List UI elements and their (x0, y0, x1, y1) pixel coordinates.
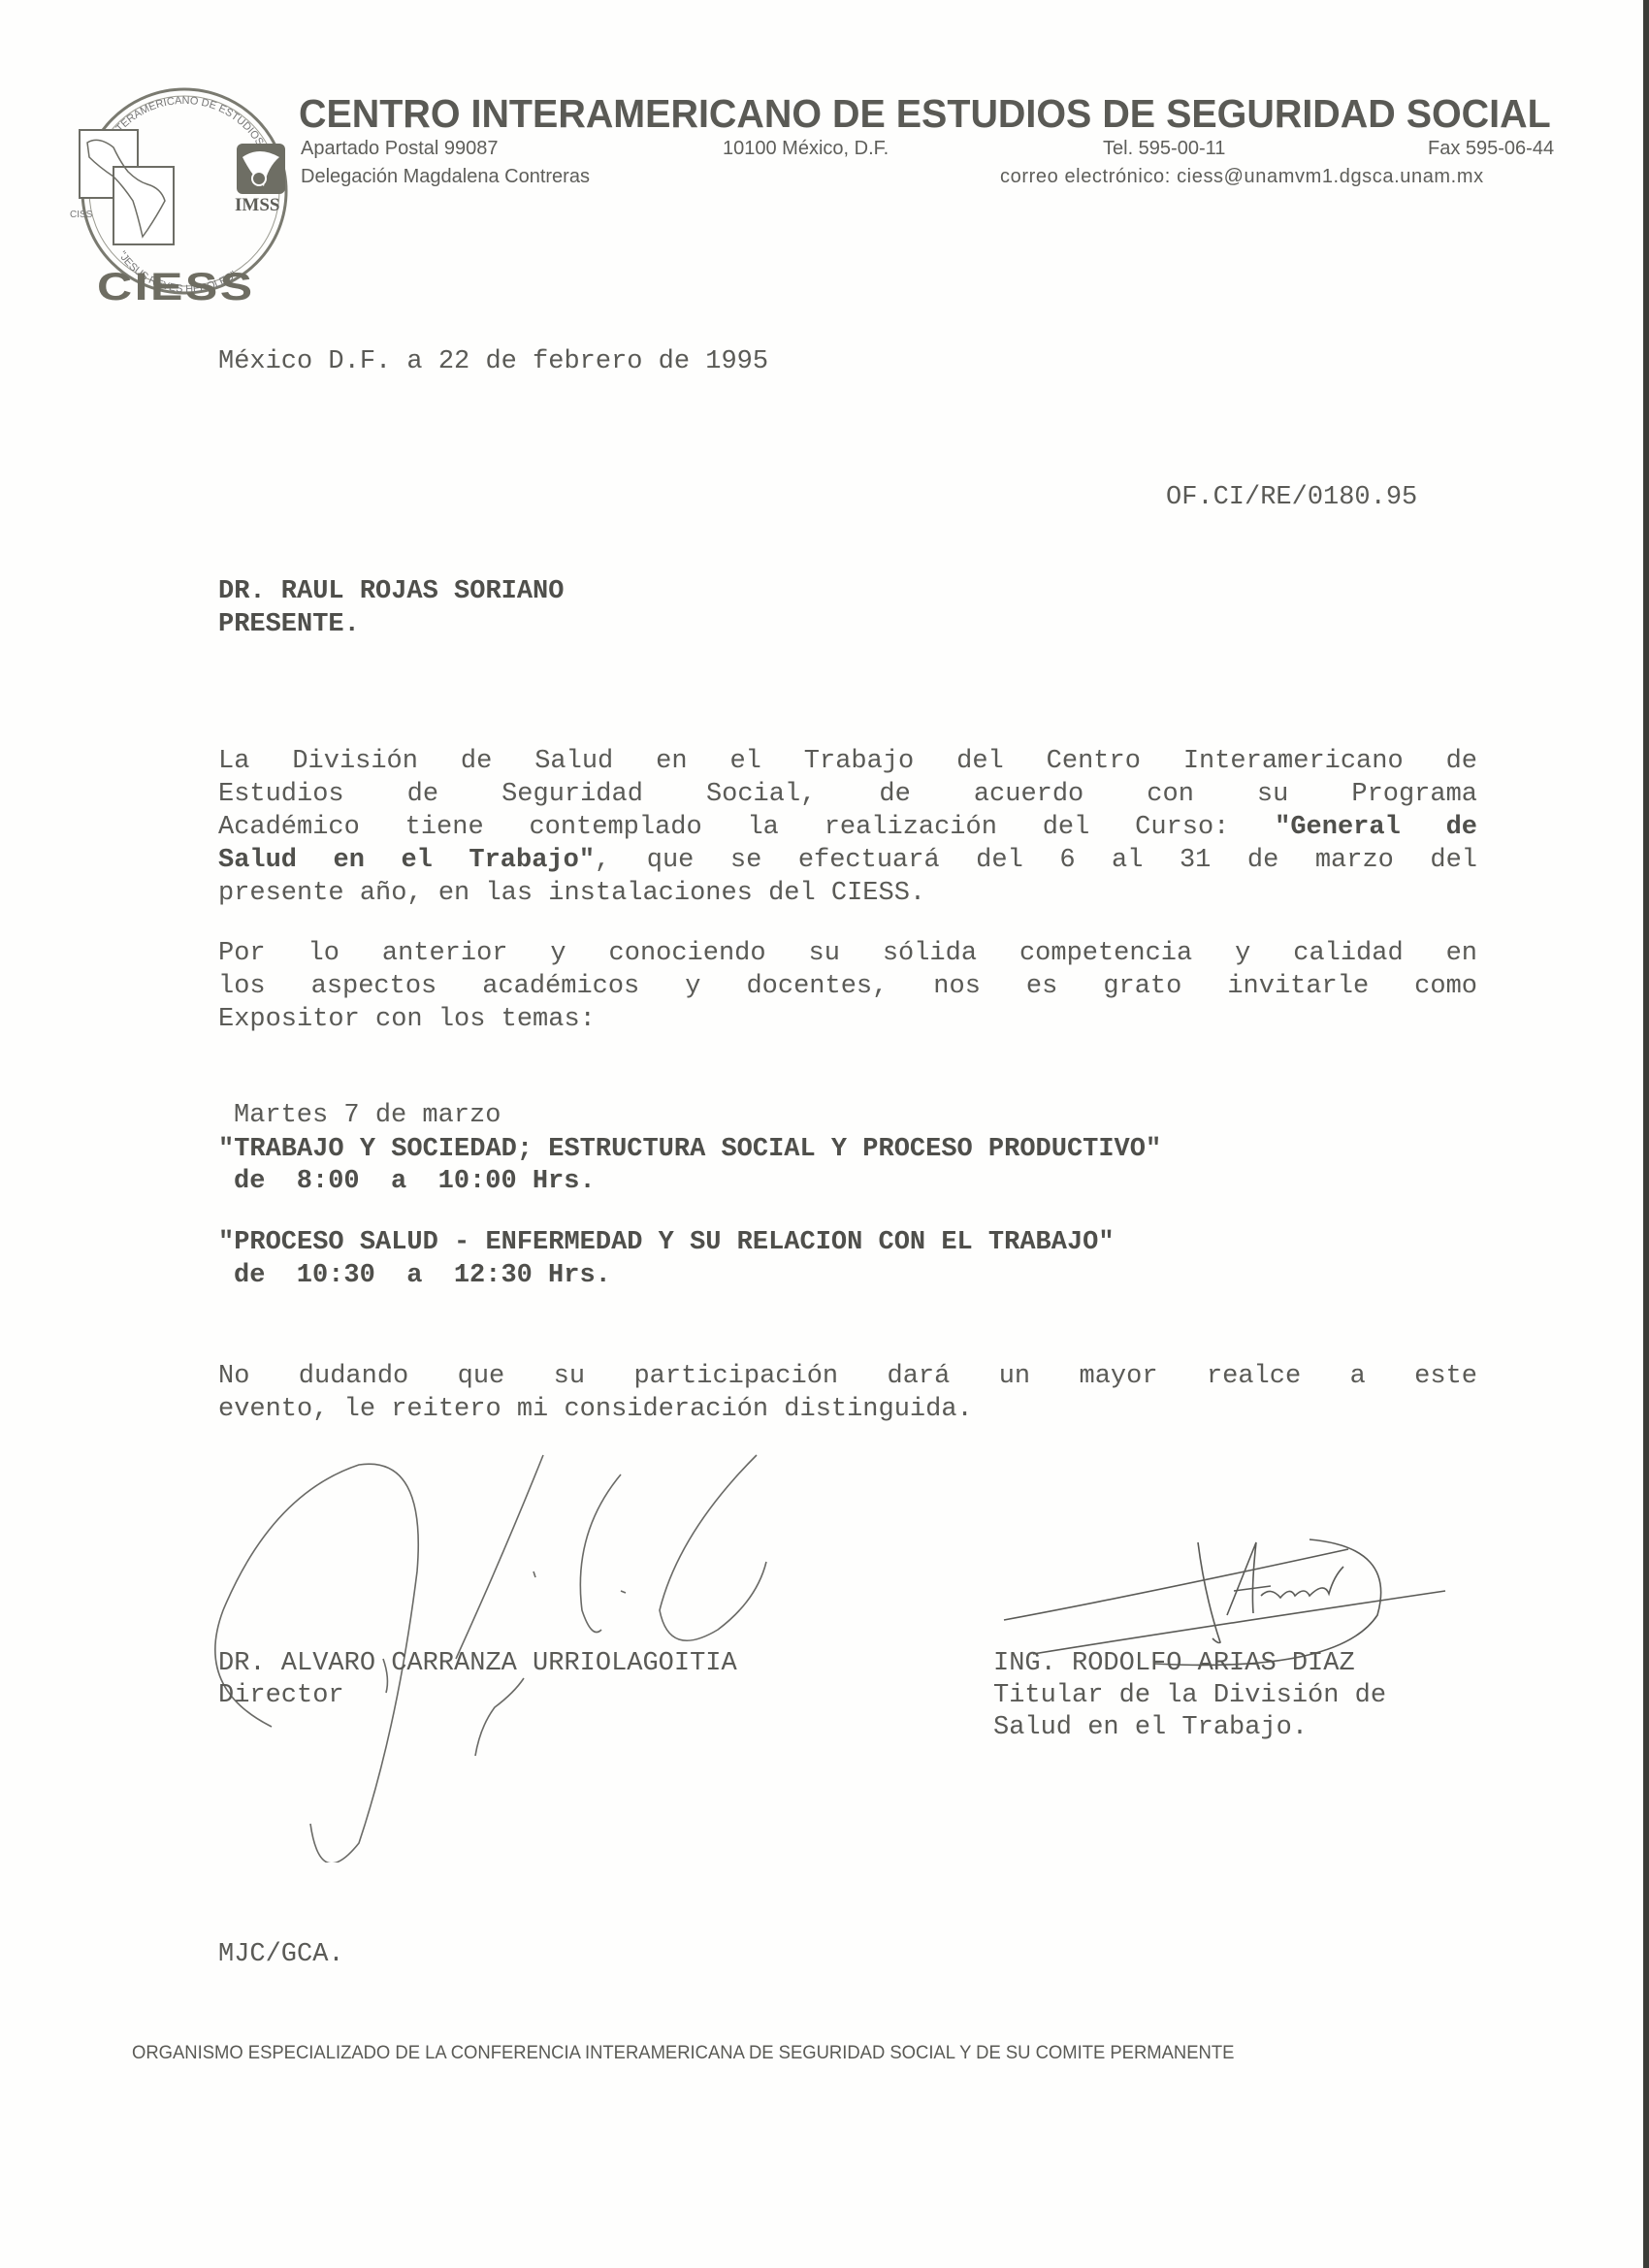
postal-box: Apartado Postal 99087 (301, 138, 499, 160)
letter-page: CENTRO INTERAMERICANO DE ESTUDIOS DE SEG… (0, 0, 1649, 2268)
delegation: Delegación Magdalena Contreras (301, 166, 590, 188)
paragraph-line: los aspectos académicos y docentes, nos … (218, 970, 1477, 1003)
paragraph-line: Salud en el Trabajo", que se efectuará d… (218, 844, 1477, 877)
topic-title-1: "TRABAJO Y SOCIEDAD; ESTRUCTURA SOCIAL Y… (218, 1135, 1161, 1164)
paragraph-line: Estudios de Seguridad Social, de acuerdo… (218, 778, 1477, 811)
email[interactable]: correo electrónico: ciess@unamvm1.dgsca.… (1000, 166, 1484, 188)
paragraph-line: No dudando que su participación dará un … (218, 1360, 1477, 1393)
topic-time-1: de 8:00 a 10:00 Hrs. (234, 1167, 596, 1196)
paragraph-line: Académico tiene contemplado la realizaci… (218, 811, 1477, 844)
reference-number: OF.CI/RE/0180.95 (1166, 483, 1417, 512)
course-name-part2: Salud en el Trabajo" (218, 846, 595, 875)
signatory-1-title: Director (218, 1681, 344, 1710)
city: 10100 México, D.F. (723, 138, 889, 160)
org-name: CENTRO INTERAMERICANO DE ESTUDIOS DE SEG… (299, 91, 1551, 137)
signatory-1-name: DR. ALVARO CARRANZA URRIOLAGOITIA (218, 1649, 737, 1678)
paragraph-line: La División de Salud en el Trabajo del C… (218, 745, 1477, 778)
recipient-salutation: PRESENTE. (218, 610, 360, 639)
course-name-part1: "General de (1275, 813, 1477, 842)
ciess-brand: CIESS (97, 266, 255, 309)
seal-ciss-text: CISS (70, 210, 93, 220)
paragraph-invitation: Por lo anterior y conociendo su sólida c… (218, 937, 1477, 1036)
phone: Tel. 595-00-11 (1103, 138, 1225, 160)
typist-initials: MJC/GCA. (218, 1940, 344, 1969)
footer-organization-note: ORGANISMO ESPECIALIZADO DE LA CONFERENCI… (132, 2043, 1234, 2064)
topic-time-2: de 10:30 a 12:30 Hrs. (234, 1261, 611, 1290)
paragraph-line: presente año, en las instalaciones del C… (218, 877, 1477, 910)
signatory-2-title-line-1: Titular de la División de (993, 1681, 1386, 1710)
fax: Fax 595-06-44 (1428, 138, 1554, 160)
letter-date: México D.F. a 22 de febrero de 1995 (218, 347, 768, 376)
recipient-name: DR. RAUL ROJAS SORIANO (218, 577, 564, 606)
schedule-day: Martes 7 de marzo (234, 1101, 501, 1130)
signatory-2-title-line-2: Salud en el Trabajo. (993, 1713, 1308, 1742)
paragraph-course: La División de Salud en el Trabajo del C… (218, 745, 1477, 910)
paragraph-line: Por lo anterior y conociendo su sólida c… (218, 937, 1477, 970)
signature-mark: Arias (1270, 1595, 1276, 1597)
scan-edge (1643, 0, 1649, 2268)
imss-label: IMSS (235, 195, 279, 215)
topic-title-2: "PROCESO SALUD - ENFERMEDAD Y SU RELACIO… (218, 1228, 1115, 1257)
paragraph-line: evento, le reitero mi consideración dist… (218, 1393, 1477, 1426)
signatory-2-name: ING. RODOLFO ARIAS DIAZ (993, 1649, 1355, 1678)
paragraph-closing: No dudando que su participación dará un … (218, 1360, 1477, 1426)
paragraph-line: Expositor con los temas: (218, 1003, 1477, 1036)
